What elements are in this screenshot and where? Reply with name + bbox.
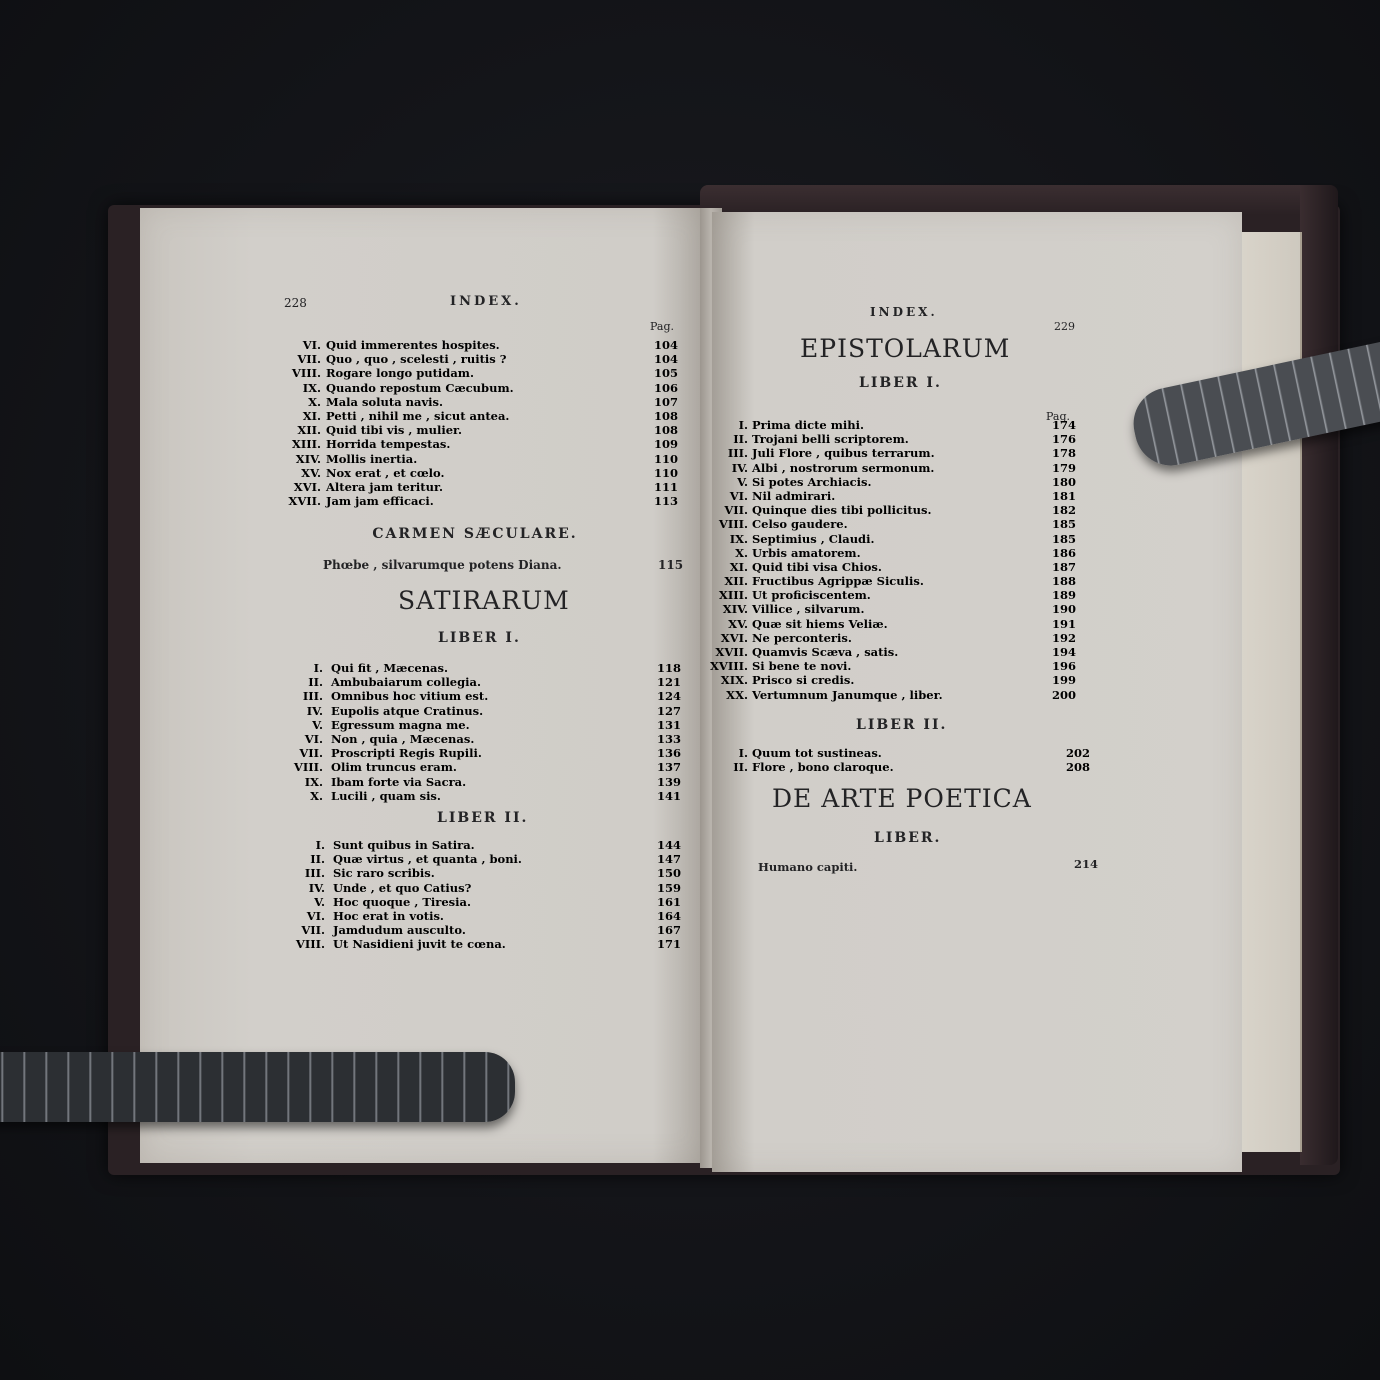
entry-title: Ut Nasidieni juvit te cœna. bbox=[333, 937, 506, 951]
entry-numeral: II. bbox=[308, 675, 323, 689]
book-weight-left bbox=[0, 1052, 515, 1122]
entry-numeral: II. bbox=[733, 432, 748, 446]
entry-title: Quid immerentes hospites. bbox=[326, 338, 500, 352]
index-entry: XV.Nox erat , et cœlo.110 bbox=[140, 466, 710, 480]
satirarum-heading: SATIRARUM bbox=[398, 586, 570, 615]
entry-title: Si potes Archiacis. bbox=[752, 475, 872, 489]
entry-page: 191 bbox=[1052, 617, 1076, 631]
entry-numeral: II. bbox=[733, 760, 748, 774]
index-entry: VII.Jamdudum ausculto.167 bbox=[140, 923, 710, 937]
entry-title: Quæ sit hiems Veliæ. bbox=[752, 617, 888, 631]
entry-title: Sic raro scribis. bbox=[333, 866, 435, 880]
index-entry: VII.Quo , quo , scelesti , ruitis ?104 bbox=[140, 352, 710, 366]
satires-book1-list: I.Qui fit , Mæcenas.118II.Ambubaiarum co… bbox=[140, 661, 710, 803]
entry-page: 196 bbox=[1052, 659, 1076, 673]
index-entry: X.Lucili , quam sis.141 bbox=[140, 789, 710, 803]
entry-title: Qui fit , Mæcenas. bbox=[331, 661, 448, 675]
entry-title: Quum tot sustineas. bbox=[752, 746, 882, 760]
right-page: INDEX. 229 EPISTOLARUM LIBER I. Pag. I.P… bbox=[712, 212, 1242, 1172]
entry-title: Ne perconteris. bbox=[752, 631, 852, 645]
entry-title: Proscripti Regis Rupili. bbox=[331, 746, 482, 760]
entry-numeral: IX. bbox=[303, 381, 321, 395]
entry-page: 194 bbox=[1052, 645, 1076, 659]
entry-page: 106 bbox=[654, 381, 678, 395]
entry-title: Jam jam efficaci. bbox=[326, 494, 434, 508]
index-entry: XX.Vertumnum Janumque , liber.200 bbox=[712, 688, 1242, 702]
index-entry: VI.Non , quia , Mæcenas.133 bbox=[140, 732, 710, 746]
entry-numeral: V. bbox=[737, 475, 748, 489]
entry-page: 141 bbox=[657, 789, 681, 803]
index-entry: XIX.Prisco si credis.199 bbox=[712, 673, 1242, 687]
entry-title: Mollis inertia. bbox=[326, 452, 417, 466]
entry-title: Ibam forte via Sacra. bbox=[331, 775, 466, 789]
entry-page: 136 bbox=[657, 746, 681, 760]
entry-page: 150 bbox=[657, 866, 681, 880]
index-entry: VI.Nil admirari.181 bbox=[712, 489, 1242, 503]
carmen-entry-page: 115 bbox=[658, 558, 683, 572]
entry-numeral: XVI. bbox=[721, 631, 748, 645]
index-entry: II.Quæ virtus , et quanta , boni.147 bbox=[140, 852, 710, 866]
entry-numeral: XX. bbox=[726, 688, 748, 702]
index-entry: IX.Ibam forte via Sacra.139 bbox=[140, 775, 710, 789]
index-entry: XVIII.Si bene te novi.196 bbox=[712, 659, 1242, 673]
entry-page: 174 bbox=[1052, 418, 1076, 432]
entry-page: 182 bbox=[1052, 503, 1076, 517]
entry-page: 107 bbox=[654, 395, 678, 409]
entry-title: Non , quia , Mæcenas. bbox=[331, 732, 474, 746]
entry-title: Hoc erat in votis. bbox=[333, 909, 444, 923]
ars-entry-title: Humano capiti. bbox=[758, 860, 857, 874]
entry-numeral: VI. bbox=[307, 909, 325, 923]
index-entry: XII.Fructibus Agrippæ Siculis.188 bbox=[712, 574, 1242, 588]
index-entry: VIII.Ut Nasidieni juvit te cœna.171 bbox=[140, 937, 710, 951]
entry-page: 133 bbox=[657, 732, 681, 746]
entry-title: Prisco si credis. bbox=[752, 673, 854, 687]
entry-title: Nil admirari. bbox=[752, 489, 835, 503]
entry-title: Egressum magna me. bbox=[331, 718, 470, 732]
ars-entry-page: 214 bbox=[1074, 857, 1098, 871]
entry-page: 121 bbox=[657, 675, 681, 689]
entry-title: Quo , quo , scelesti , ruitis ? bbox=[326, 352, 506, 366]
entry-page: 113 bbox=[654, 494, 678, 508]
entry-numeral: VIII. bbox=[296, 937, 325, 951]
ars-poetica-heading: DE ARTE POETICA bbox=[772, 784, 1032, 813]
entry-numeral: XIV. bbox=[723, 602, 748, 616]
entry-page: 111 bbox=[654, 480, 678, 494]
entry-page: 188 bbox=[1052, 574, 1076, 588]
entry-numeral: III. bbox=[303, 689, 323, 703]
index-entry: XVII.Quamvis Scæva , satis.194 bbox=[712, 645, 1242, 659]
entry-numeral: XII. bbox=[724, 574, 748, 588]
entry-page: 176 bbox=[1052, 432, 1076, 446]
entry-numeral: V. bbox=[314, 895, 325, 909]
satires-liber2-heading: LIBER II. bbox=[437, 810, 528, 826]
entry-page: 179 bbox=[1052, 461, 1076, 475]
entry-page: 181 bbox=[1052, 489, 1076, 503]
index-entry: II.Ambubaiarum collegia.121 bbox=[140, 675, 710, 689]
entry-page: 139 bbox=[657, 775, 681, 789]
entry-title: Prima dicte mihi. bbox=[752, 418, 864, 432]
entry-title: Villice , silvarum. bbox=[752, 602, 864, 616]
book-cover-right-edge bbox=[1300, 185, 1338, 1165]
entry-page: 185 bbox=[1052, 532, 1076, 546]
index-entry: X.Mala soluta navis.107 bbox=[140, 395, 710, 409]
entry-title: Si bene te novi. bbox=[752, 659, 851, 673]
entry-page: 178 bbox=[1052, 446, 1076, 460]
entry-numeral: VI. bbox=[730, 489, 748, 503]
entry-numeral: XVII. bbox=[715, 645, 748, 659]
book-cover-top-edge bbox=[700, 185, 1336, 215]
epistles-book2-list: I.Quum tot sustineas.202II.Flore , bono … bbox=[712, 746, 1242, 774]
entry-numeral: XIII. bbox=[719, 588, 748, 602]
index-entry: IV.Unde , et quo Catius?159 bbox=[140, 881, 710, 895]
entry-numeral: XII. bbox=[297, 423, 321, 437]
index-entry: XIII.Horrida tempestas.109 bbox=[140, 437, 710, 451]
entry-numeral: IV. bbox=[309, 881, 325, 895]
entry-numeral: XI. bbox=[303, 409, 321, 423]
entry-page: 200 bbox=[1052, 688, 1076, 702]
entry-numeral: VIII. bbox=[294, 760, 323, 774]
left-page: 228 INDEX. Pag. VI.Quid immerentes hospi… bbox=[140, 208, 710, 1163]
entry-numeral: XI. bbox=[730, 560, 748, 574]
entry-page: 105 bbox=[654, 366, 678, 380]
entry-title: Vertumnum Janumque , liber. bbox=[752, 688, 943, 702]
entry-page: 167 bbox=[657, 923, 681, 937]
entry-title: Urbis amatorem. bbox=[752, 546, 861, 560]
entry-title: Eupolis atque Cratinus. bbox=[331, 704, 483, 718]
index-entry: V.Hoc quoque , Tiresia.161 bbox=[140, 895, 710, 909]
entry-page: 190 bbox=[1052, 602, 1076, 616]
index-entry: XI.Quid tibi visa Chios.187 bbox=[712, 560, 1242, 574]
entry-page: 144 bbox=[657, 838, 681, 852]
entry-numeral: VII. bbox=[301, 923, 325, 937]
entry-page: 185 bbox=[1052, 517, 1076, 531]
entry-numeral: XVI. bbox=[294, 480, 321, 494]
entry-page: 131 bbox=[657, 718, 681, 732]
index-entry: XIII.Ut proficiscentem.189 bbox=[712, 588, 1242, 602]
entry-title: Sunt quibus in Satira. bbox=[333, 838, 475, 852]
entry-numeral: XIV. bbox=[296, 452, 321, 466]
index-entry: VI.Hoc erat in votis.164 bbox=[140, 909, 710, 923]
index-entry: XVI.Altera jam teritur.111 bbox=[140, 480, 710, 494]
entry-numeral: XV. bbox=[301, 466, 321, 480]
index-entry: VI.Quid immerentes hospites.104 bbox=[140, 338, 710, 352]
index-entry: XVI.Ne perconteris.192 bbox=[712, 631, 1242, 645]
entry-title: Mala soluta navis. bbox=[326, 395, 443, 409]
index-entry: XIV.Villice , silvarum.190 bbox=[712, 602, 1242, 616]
entry-numeral: II. bbox=[310, 852, 325, 866]
entry-page: 164 bbox=[657, 909, 681, 923]
entry-title: Petti , nihil me , sicut antea. bbox=[326, 409, 509, 423]
index-entry: III.Sic raro scribis.150 bbox=[140, 866, 710, 880]
index-entry: IV.Eupolis atque Cratinus.127 bbox=[140, 704, 710, 718]
entry-page: 171 bbox=[657, 937, 681, 951]
entry-title: Lucili , quam sis. bbox=[331, 789, 441, 803]
entry-title: Horrida tempestas. bbox=[326, 437, 450, 451]
entry-title: Nox erat , et cœlo. bbox=[326, 466, 445, 480]
entry-title: Juli Flore , quibus terrarum. bbox=[752, 446, 935, 460]
entry-numeral: I. bbox=[739, 418, 748, 432]
entry-page: 124 bbox=[657, 689, 681, 703]
entry-numeral: XV. bbox=[728, 617, 748, 631]
entry-page: 192 bbox=[1052, 631, 1076, 645]
entry-title: Albi , nostrorum sermonum. bbox=[752, 461, 934, 475]
entry-numeral: X. bbox=[308, 395, 321, 409]
entry-title: Hoc quoque , Tiresia. bbox=[333, 895, 471, 909]
entry-page: 147 bbox=[657, 852, 681, 866]
epistles-liber1-heading: LIBER I. bbox=[859, 375, 942, 391]
running-head: INDEX. bbox=[870, 305, 938, 319]
entry-title: Trojani belli scriptorem. bbox=[752, 432, 909, 446]
entry-numeral: III. bbox=[305, 866, 325, 880]
entry-numeral: IX. bbox=[730, 532, 748, 546]
index-entry: X.Urbis amatorem.186 bbox=[712, 546, 1242, 560]
entry-page: 110 bbox=[654, 466, 678, 480]
entry-title: Quinque dies tibi pollicitus. bbox=[752, 503, 931, 517]
index-entry: II.Flore , bono claroque.208 bbox=[712, 760, 1242, 774]
entry-title: Quæ virtus , et quanta , boni. bbox=[333, 852, 522, 866]
page-number: 228 bbox=[284, 296, 307, 310]
entry-numeral: X. bbox=[735, 546, 748, 560]
entry-numeral: III. bbox=[728, 446, 748, 460]
satires-liber1-heading: LIBER I. bbox=[438, 630, 521, 646]
entry-title: Fructibus Agrippæ Siculis. bbox=[752, 574, 924, 588]
entry-numeral: VIII. bbox=[292, 366, 321, 380]
entry-numeral: VI. bbox=[303, 338, 321, 352]
index-entry: I.Quum tot sustineas.202 bbox=[712, 746, 1242, 760]
entry-title: Quid tibi vis , mulier. bbox=[326, 423, 462, 437]
index-entry: I.Sunt quibus in Satira.144 bbox=[140, 838, 710, 852]
entry-numeral: VII. bbox=[299, 746, 323, 760]
entry-page: 104 bbox=[654, 352, 678, 366]
entry-numeral: VIII. bbox=[719, 517, 748, 531]
index-entry: XV.Quæ sit hiems Veliæ.191 bbox=[712, 617, 1242, 631]
entry-numeral: X. bbox=[310, 789, 323, 803]
entry-page: 137 bbox=[657, 760, 681, 774]
entry-numeral: XVIII. bbox=[710, 659, 748, 673]
entry-page: 108 bbox=[654, 409, 678, 423]
page-number: 229 bbox=[1054, 320, 1075, 333]
entry-numeral: VI. bbox=[305, 732, 323, 746]
entry-numeral: I. bbox=[314, 661, 323, 675]
entry-numeral: I. bbox=[316, 838, 325, 852]
entry-title: Unde , et quo Catius? bbox=[333, 881, 471, 895]
index-entry: VIII.Rogare longo putidam.105 bbox=[140, 366, 710, 380]
odes-list: VI.Quid immerentes hospites.104VII.Quo ,… bbox=[140, 338, 710, 508]
entry-page: 104 bbox=[654, 338, 678, 352]
entry-numeral: XIX. bbox=[721, 673, 748, 687]
entry-title: Quando repostum Cæcubum. bbox=[326, 381, 514, 395]
entry-title: Olim truncus eram. bbox=[331, 760, 457, 774]
index-entry: XII.Quid tibi vis , mulier.108 bbox=[140, 423, 710, 437]
entry-title: Quid tibi visa Chios. bbox=[752, 560, 882, 574]
entry-page: 118 bbox=[657, 661, 681, 675]
index-entry: XI.Petti , nihil me , sicut antea.108 bbox=[140, 409, 710, 423]
index-entry: VII.Quinque dies tibi pollicitus.182 bbox=[712, 503, 1242, 517]
running-head: INDEX. bbox=[450, 294, 522, 309]
ars-poetica-subheading: LIBER. bbox=[874, 830, 941, 846]
index-entry: V.Si potes Archiacis.180 bbox=[712, 475, 1242, 489]
entry-page: 109 bbox=[654, 437, 678, 451]
entry-numeral: V. bbox=[312, 718, 323, 732]
entry-page: 161 bbox=[657, 895, 681, 909]
entry-title: Quamvis Scæva , satis. bbox=[752, 645, 898, 659]
carmen-entry-title: Phœbe , silvarumque potens Diana. bbox=[323, 558, 562, 572]
pag-label: Pag. bbox=[650, 320, 674, 333]
index-entry: XIV.Mollis inertia.110 bbox=[140, 452, 710, 466]
entry-page: 208 bbox=[1066, 760, 1090, 774]
entry-page: 108 bbox=[654, 423, 678, 437]
index-entry: III.Omnibus hoc vitium est.124 bbox=[140, 689, 710, 703]
entry-numeral: XVII. bbox=[288, 494, 321, 508]
entry-page: 127 bbox=[657, 704, 681, 718]
index-entry: VIII.Olim truncus eram.137 bbox=[140, 760, 710, 774]
entry-title: Jamdudum ausculto. bbox=[333, 923, 466, 937]
entry-numeral: IX. bbox=[305, 775, 323, 789]
entry-page: 189 bbox=[1052, 588, 1076, 602]
entry-numeral: VII. bbox=[724, 503, 748, 517]
satires-book2-list: I.Sunt quibus in Satira.144II.Quæ virtus… bbox=[140, 838, 710, 952]
epistles-liber2-heading: LIBER II. bbox=[856, 717, 947, 733]
entry-page: 202 bbox=[1066, 746, 1090, 760]
entry-numeral: I. bbox=[739, 746, 748, 760]
entry-title: Rogare longo putidam. bbox=[326, 366, 474, 380]
entry-title: Omnibus hoc vitium est. bbox=[331, 689, 488, 703]
entry-numeral: XIII. bbox=[292, 437, 321, 451]
entry-page: 180 bbox=[1052, 475, 1076, 489]
entry-title: Flore , bono claroque. bbox=[752, 760, 894, 774]
entry-page: 187 bbox=[1052, 560, 1076, 574]
entry-title: Septimius , Claudi. bbox=[752, 532, 874, 546]
index-entry: I.Qui fit , Mæcenas.118 bbox=[140, 661, 710, 675]
entry-numeral: IV. bbox=[732, 461, 748, 475]
entry-numeral: IV. bbox=[307, 704, 323, 718]
entry-title: Ambubaiarum collegia. bbox=[331, 675, 481, 689]
entry-page: 199 bbox=[1052, 673, 1076, 687]
index-entry: XVII.Jam jam efficaci.113 bbox=[140, 494, 710, 508]
index-entry: IX.Quando repostum Cæcubum.106 bbox=[140, 381, 710, 395]
entry-numeral: VII. bbox=[297, 352, 321, 366]
index-entry: IX.Septimius , Claudi.185 bbox=[712, 532, 1242, 546]
entry-page: 159 bbox=[657, 881, 681, 895]
carmen-heading: CARMEN SÆCULARE. bbox=[190, 526, 760, 542]
index-entry: VIII.Celso gaudere.185 bbox=[712, 517, 1242, 531]
epistolarum-heading: EPISTOLARUM bbox=[800, 334, 1010, 363]
entry-title: Celso gaudere. bbox=[752, 517, 848, 531]
entry-page: 186 bbox=[1052, 546, 1076, 560]
entry-title: Altera jam teritur. bbox=[326, 480, 443, 494]
index-entry: V.Egressum magna me.131 bbox=[140, 718, 710, 732]
entry-title: Ut proficiscentem. bbox=[752, 588, 871, 602]
index-entry: VII.Proscripti Regis Rupili.136 bbox=[140, 746, 710, 760]
entry-page: 110 bbox=[654, 452, 678, 466]
